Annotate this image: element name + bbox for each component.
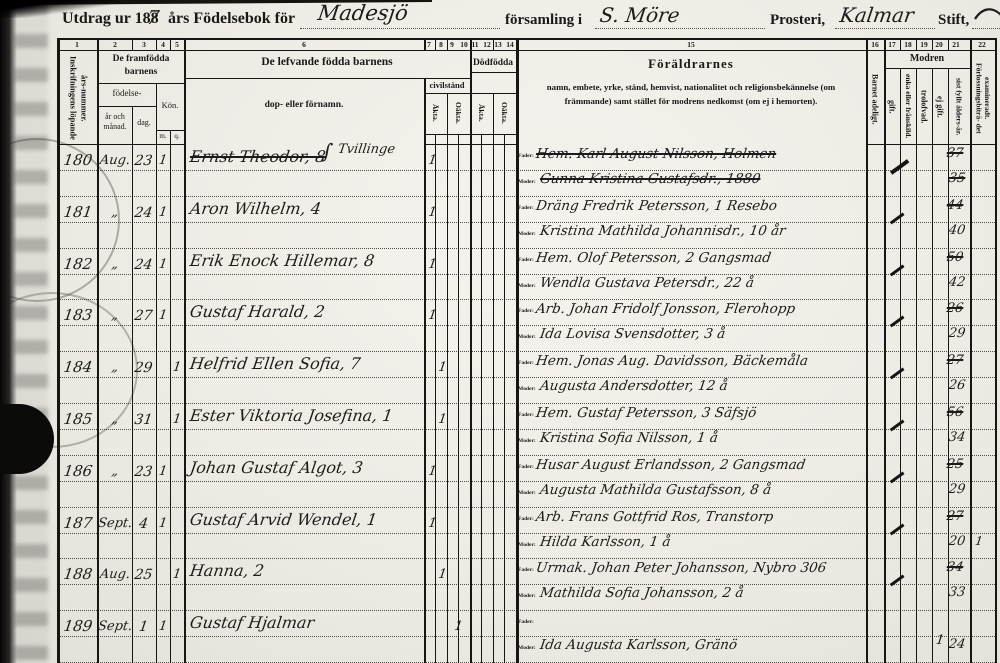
table-vline <box>470 38 472 663</box>
table-hline <box>57 38 997 40</box>
table-vline <box>170 130 171 663</box>
table-borders <box>0 0 1000 663</box>
table-hline <box>424 93 516 94</box>
table-hline <box>866 144 997 145</box>
table-vline <box>916 68 917 663</box>
title-prefix: Utdrag ur 188 <box>62 10 159 28</box>
table-vline <box>424 78 426 663</box>
title-bar: Utdrag ur 188 7 års Födelsebok för Mades… <box>0 0 1000 38</box>
table-vline <box>970 38 972 663</box>
table-hline <box>98 83 184 84</box>
table-vline <box>932 68 933 663</box>
table-vline <box>156 84 157 663</box>
table-vline <box>132 106 133 663</box>
table-vline <box>57 38 60 663</box>
table-hline <box>57 50 997 51</box>
table-vline <box>458 134 459 663</box>
binding-shadow-left <box>0 0 17 663</box>
table-vline <box>866 38 868 663</box>
table-vline <box>97 38 99 663</box>
table-vline <box>447 93 448 663</box>
title-mid1: års Födelsebok för <box>168 10 295 28</box>
handwritten-flourish <box>974 6 1000 22</box>
title-mid2: församling i <box>505 12 582 29</box>
table-vline <box>493 93 494 663</box>
table-vline <box>504 134 505 663</box>
table-vline <box>884 38 886 663</box>
table-vline <box>995 38 997 663</box>
table-vline <box>481 134 482 663</box>
table-vline <box>900 68 901 663</box>
table-vline <box>184 38 186 663</box>
table-hline <box>156 130 184 131</box>
table-vline <box>435 134 436 663</box>
title-rule-2 <box>595 12 765 29</box>
table-hline <box>184 78 470 79</box>
table-vline <box>948 68 949 663</box>
title-suffix: Stift, <box>938 12 969 29</box>
binding-smudge <box>14 0 48 663</box>
table-hline <box>424 144 516 145</box>
table-hline <box>884 68 970 69</box>
table-hline <box>98 106 156 107</box>
title-rule-3 <box>835 12 935 29</box>
document-scan: Utdrag ur 188 7 års Födelsebok för Mades… <box>0 0 1000 663</box>
table-hline <box>470 72 516 73</box>
table-hline <box>424 134 516 135</box>
table-hline <box>57 144 184 145</box>
title-rule-1 <box>300 12 500 29</box>
table-vline <box>516 38 519 663</box>
title-mid3: Prosteri, <box>770 12 825 29</box>
